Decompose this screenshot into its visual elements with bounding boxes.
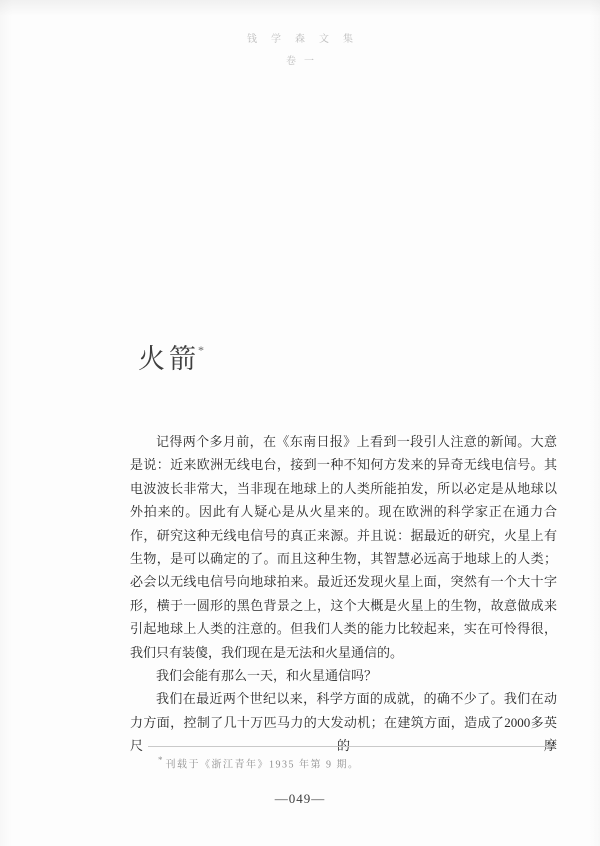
title-footnote-marker: * xyxy=(198,343,204,357)
article-title-text: 火箭 xyxy=(138,344,200,374)
page-number: —049— xyxy=(0,791,600,807)
footnote-marker: * xyxy=(158,755,163,765)
footnote-divider xyxy=(148,746,556,747)
paragraph: 我们会能有那么一天，和火星通信吗？ xyxy=(130,664,557,687)
paragraph: 我们在最近两个世纪以来，科学方面的成就，的确不少了。我们在动力方面，控制了几十万… xyxy=(130,687,557,757)
footnote-text: 刊载于《浙江青年》1935 年第 9 期。 xyxy=(166,759,360,770)
book-page: 钱学森文集 卷一 火箭* 记得两个多月前，在《东南日报》上看到一段引人注意的新闻… xyxy=(0,0,600,846)
article-body: 记得两个多月前，在《东南日报》上看到一段引人注意的新闻。大意是说：近来欧洲无线电… xyxy=(130,430,557,758)
footnote: *刊载于《浙江青年》1935 年第 9 期。 xyxy=(158,755,360,770)
running-head-volume: 卷一 xyxy=(0,52,600,67)
article-title: 火箭* xyxy=(138,342,206,377)
running-head-book-title: 钱学森文集 xyxy=(0,30,600,45)
paragraph: 记得两个多月前，在《东南日报》上看到一段引人注意的新闻。大意是说：近来欧洲无线电… xyxy=(130,430,557,664)
